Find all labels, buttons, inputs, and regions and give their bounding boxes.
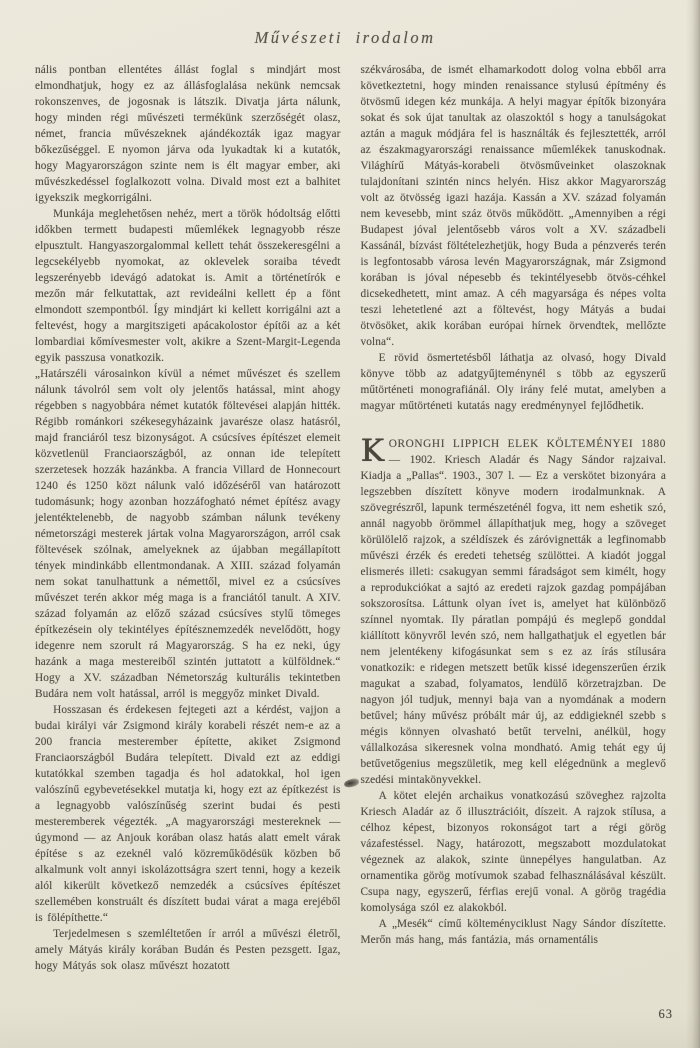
paragraph: Terjedelmesen s szemléltetően ír arról a… <box>35 926 341 974</box>
article-start-paragraph: K ORONGHI LIPPICH ELEK KÖLTEMÉNYEI 1880—… <box>361 436 667 788</box>
paragraph: Munkája meglehetősen nehéz, mert a török… <box>35 206 341 366</box>
paragraph: E rövid ösmertetésből láthatja az olvasó… <box>361 350 667 414</box>
scanned-page: Művészeti irodalom nális pontban ellenté… <box>0 0 700 1048</box>
paragraph: nális pontban ellentétes állást foglal s… <box>35 62 341 206</box>
right-column: székvárosába, de ismét elhamarkodott dol… <box>361 62 667 974</box>
drop-cap-initial: K <box>361 436 389 465</box>
article-body-intro: 1902. Kriesch Aladár és Nagy Sándor rajz… <box>361 454 667 786</box>
paragraph: „Határszéli városainkon kívül a német mű… <box>35 366 341 702</box>
paragraph: A kötet elején archaikus vonatkozású szö… <box>361 788 667 916</box>
left-column: nális pontban ellentétes állást foglal s… <box>35 62 341 974</box>
paragraph: Hosszasan és érdekesen fejtegeti azt a k… <box>35 702 341 926</box>
page-number: 63 <box>659 1007 674 1022</box>
paragraph: A „Mesék“ című költeményciklust Nagy Sán… <box>361 916 667 948</box>
scan-edge-shadow <box>686 0 700 1048</box>
page-title: Művészeti irodalom <box>0 28 690 48</box>
paragraph: székvárosába, de ismét elhamarkodott dol… <box>361 62 667 350</box>
scan-bottom-shade <box>0 1008 700 1048</box>
text-columns: nális pontban ellentétes állást foglal s… <box>35 62 666 974</box>
